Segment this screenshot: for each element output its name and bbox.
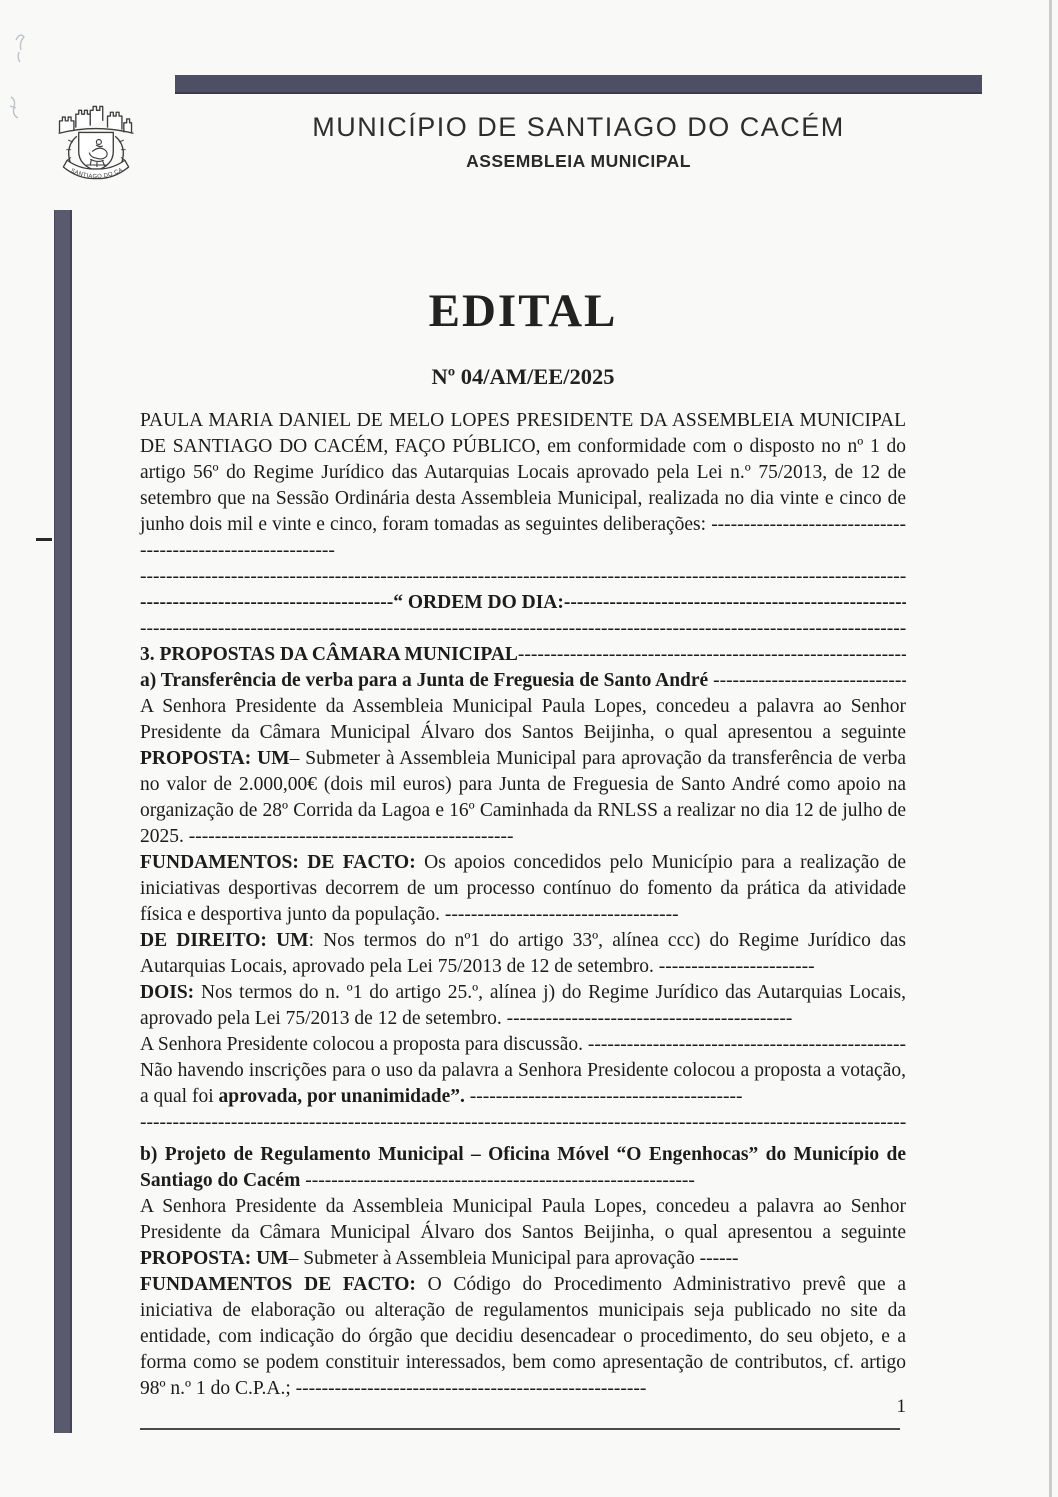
page-number: 1 xyxy=(866,1396,906,1418)
paragraph: ---------------------------------------“… xyxy=(140,590,906,616)
pencil-mark xyxy=(6,92,28,122)
pencil-mark xyxy=(10,32,34,66)
paragraph: a) Transferência de verba para a Junta d… xyxy=(140,668,906,694)
document-number: Nº 04/AM/EE/2025 xyxy=(140,364,906,390)
paragraph: FUNDAMENTOS: DE FACTO: Os apoios concedi… xyxy=(140,850,906,928)
paragraph: ----------------------------------------… xyxy=(140,616,906,642)
paragraph: A Senhora Presidente da Assembleia Munic… xyxy=(140,1194,906,1272)
municipal-crest-icon: SANTIAGO DO CACÉM xyxy=(48,94,144,190)
municipality-name: MUNICÍPIO DE SANTIAGO DO CACÉM xyxy=(175,112,982,143)
document-title: EDITAL xyxy=(140,284,906,338)
left-margin-tick xyxy=(36,538,52,541)
paragraph: FUNDAMENTOS DE FACTO: O Código do Proced… xyxy=(140,1272,906,1402)
paragraph: PAULA MARIA DANIEL DE MELO LOPES PRESIDE… xyxy=(140,408,906,564)
document-body: PAULA MARIA DANIEL DE MELO LOPES PRESIDE… xyxy=(140,408,906,1402)
paragraph: b) Projeto de Regulamento Municipal – Of… xyxy=(140,1142,906,1194)
paragraph: ----------------------------------------… xyxy=(140,564,906,590)
paragraph: 3. PROPOSTAS DA CÂMARA MUNICIPAL--------… xyxy=(140,642,906,668)
paragraph: DE DIREITO: UM: Nos termos do nº1 do art… xyxy=(140,928,906,980)
scanned-document-page: SANTIAGO DO CACÉM MUNICÍPIO DE SANTIAGO … xyxy=(0,0,1058,1497)
paragraph: ----------------------------------------… xyxy=(140,1110,906,1136)
paragraph: A Senhora Presidente da Assembleia Munic… xyxy=(140,694,906,850)
paragraph: Não havendo inscrições para o uso da pal… xyxy=(140,1058,906,1110)
paragraph: A Senhora Presidente colocou a proposta … xyxy=(140,1032,906,1058)
left-accent-bar xyxy=(54,210,72,1433)
department-name: ASSEMBLEIA MUNICIPAL xyxy=(175,151,982,172)
footer-rule xyxy=(140,1428,900,1430)
scan-edge-line xyxy=(1049,0,1052,1497)
paragraph: DOIS: Nos termos do n. º1 do artigo 25.º… xyxy=(140,980,906,1032)
top-accent-bar xyxy=(175,75,982,94)
